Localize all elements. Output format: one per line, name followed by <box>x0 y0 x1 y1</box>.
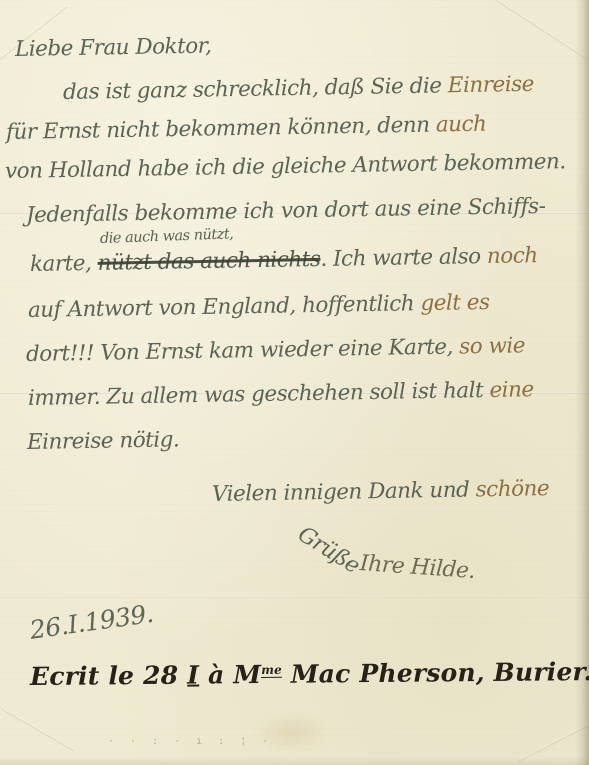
body-line-1: das ist ganz schrecklich, daß Sie die Ei… <box>63 72 534 105</box>
closing-line-text: Vielen innigen Dank und <box>212 477 476 507</box>
archival-annotation: Ecrit le 28 I à Mme Mac Pherson, Burier. <box>30 657 589 691</box>
signature: Ihre Hilde. <box>359 551 476 584</box>
annotation-mid: à M <box>199 660 261 690</box>
body-line-7-text: dort!!! Von Ernst kam wieder eine Karte, <box>26 334 460 367</box>
date-line: 26.I.1939. <box>28 599 155 645</box>
struck-text: nützt das auch nichts <box>97 247 320 276</box>
body-line-5-prefix: karte, <box>30 251 98 277</box>
body-line-9: Einreise nötig. <box>27 427 180 455</box>
fold-crease-lower <box>0 596 589 598</box>
body-line-2-end: auch <box>436 112 487 138</box>
salutation: Liebe Frau Doktor, <box>15 34 212 62</box>
body-line-1-end: Einreise <box>448 72 534 98</box>
crease-bottom-left <box>0 702 75 751</box>
body-line-3: von Holland habe ich die gleiche Antwort… <box>5 149 566 184</box>
paper-edge-shadow-right <box>575 0 589 765</box>
annotation-roman-numeral: I <box>187 661 199 690</box>
body-line-2: für Ernst nicht bekommen können, denn au… <box>6 112 487 145</box>
body-line-1-text: das ist ganz schrecklich, daß Sie die <box>63 73 448 105</box>
paper-edge-shadow-bottom <box>0 757 589 765</box>
closing-word: Grüße <box>293 522 363 579</box>
body-line-7-end: so wie <box>459 333 525 359</box>
body-line-6-end: gelt es <box>420 290 490 316</box>
body-line-4: Jedenfalls bekomme ich von dort aus eine… <box>26 194 546 228</box>
annotation-prefix: Ecrit le 28 <box>30 661 187 691</box>
letter-scan: Liebe Frau Doktor, das ist ganz schreckl… <box>0 0 589 765</box>
body-line-7: dort!!! Von Ernst kam wieder eine Karte,… <box>26 333 525 367</box>
body-line-6: auf Antwort von England, hoffentlich gel… <box>28 290 490 323</box>
body-line-5-end: noch <box>487 243 538 269</box>
body-line-8-end: eine <box>489 377 534 403</box>
annotation-suffix: Mac Pherson, Burier. <box>282 657 589 689</box>
annotation-superscript: me <box>261 662 282 677</box>
body-line-5-suffix: . Ich warte also <box>320 244 487 272</box>
faint-pencil-marks: · · : · ı : ¦ · <box>108 736 273 747</box>
body-line-8: immer. Zu allem was geschehen soll ist h… <box>28 377 534 411</box>
closing-line: Vielen innigen Dank und schöne <box>212 476 550 507</box>
body-line-2-text: für Ernst nicht bekommen können, denn <box>6 112 436 144</box>
body-line-6-text: auf Antwort von England, hoffentlich <box>28 291 421 323</box>
inserted-correction: die auch was nützt, <box>100 226 234 247</box>
body-line-8-text: immer. Zu allem was geschehen soll ist h… <box>28 378 490 411</box>
closing-line-end: schöne <box>475 476 549 502</box>
paper-stain <box>252 712 332 754</box>
body-line-5: karte, nützt das auch nichts. Ich warte … <box>30 243 538 277</box>
